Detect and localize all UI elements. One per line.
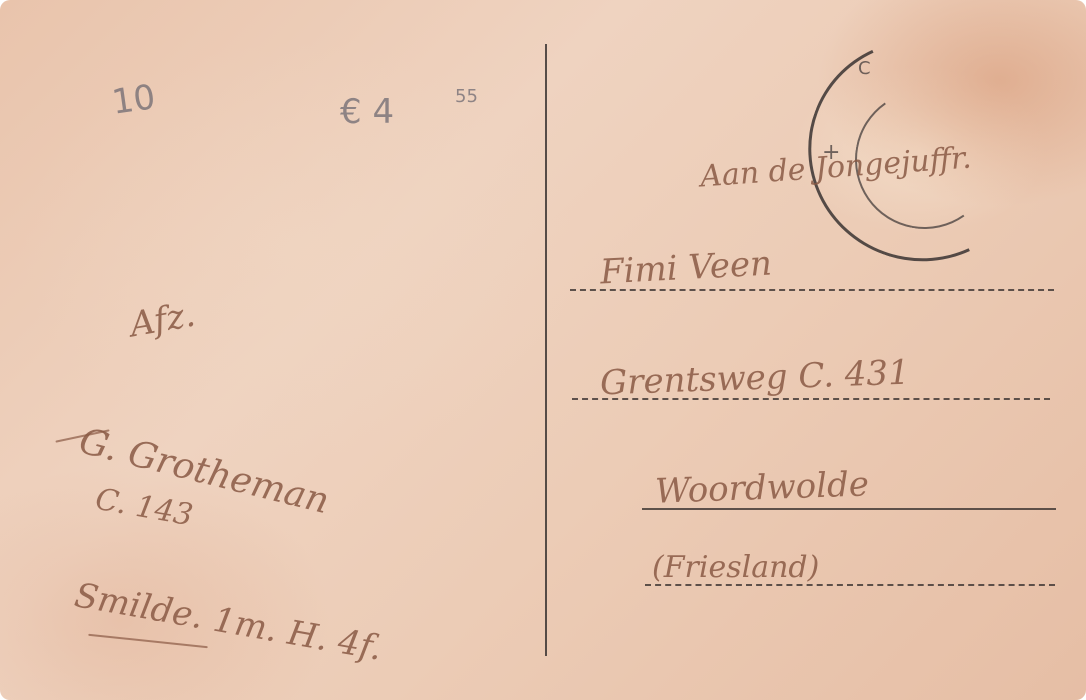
address-line-2: Fimi Veen bbox=[599, 244, 773, 293]
pencil-price-cents: 55 bbox=[455, 86, 478, 107]
address-rule-3 bbox=[642, 508, 1056, 510]
address-rule-1 bbox=[570, 289, 1054, 291]
sender-line-3: C. 143 bbox=[93, 482, 196, 534]
sender-line-1: Afz. bbox=[127, 295, 198, 346]
postmark-letter: C bbox=[858, 58, 871, 79]
address-line-4: Woordwolde bbox=[654, 464, 869, 511]
pencil-price: € 4 bbox=[340, 92, 394, 132]
pencil-number: 10 bbox=[109, 77, 157, 123]
sender-line-4: Smilde. 1m. H. 4f. bbox=[72, 575, 386, 668]
address-rule-2 bbox=[572, 398, 1050, 400]
address-line-3: Grentsweg C. 431 bbox=[599, 353, 910, 404]
address-rule-4 bbox=[645, 584, 1055, 586]
postcard-back: 10 € 4 55 C + Aan de Jongejuffr. Fimi Ve… bbox=[0, 0, 1086, 700]
address-line-5: (Friesland) bbox=[652, 550, 819, 585]
sender-flourish bbox=[88, 634, 208, 649]
center-divider bbox=[545, 44, 547, 656]
